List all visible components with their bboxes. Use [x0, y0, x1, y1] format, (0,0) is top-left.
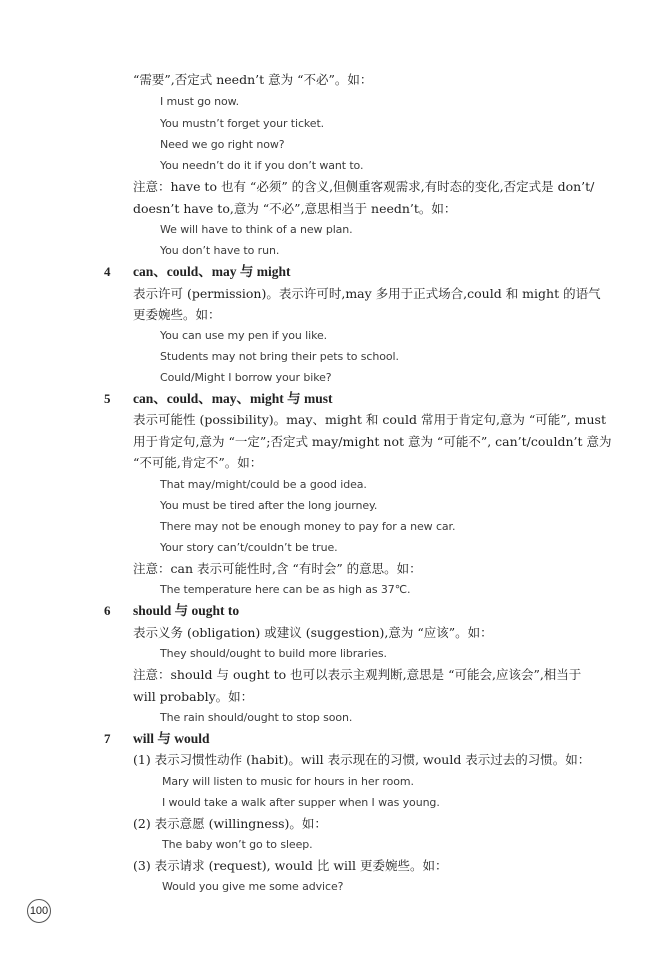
explanation-line: 表示可能性 (possibility)。may、might 和 could 常用…: [133, 412, 606, 428]
explanation-line: 注意：should 与 ought to 也可以表示主观判断,意思是 “可能会,…: [133, 667, 581, 683]
example-sentence: That may/might/could be a good idea.: [160, 477, 367, 493]
example-sentence: The rain should/ought to stop soon.: [160, 710, 352, 726]
explanation-line: 注意：can 表示可能性时,含 “有时会” 的意思。如：: [133, 561, 422, 577]
example-sentence: You mustn’t forget your ticket.: [160, 116, 324, 132]
section-number: 6: [104, 603, 111, 619]
example-sentence: The temperature here can be as high as 3…: [160, 582, 410, 598]
explanation-line: (1) 表示习惯性动作 (habit)。will 表示现在的习惯, would …: [133, 752, 590, 768]
example-sentence: You needn’t do it if you don’t want to.: [160, 158, 363, 174]
example-sentence: I must go now.: [160, 94, 239, 110]
textbook-page: “需要”,否定式 needn’t 意为 “不必”。如：I must go now…: [0, 0, 671, 957]
example-sentence: Could/Might I borrow your bike?: [160, 370, 331, 386]
explanation-line: 更委婉些。如：: [133, 307, 221, 323]
explanation-line: doesn’t have to,意为 “不必”,意思相当于 needn’t。如：: [133, 201, 456, 217]
section-heading: should 与 ought to: [133, 603, 239, 619]
section-number: 5: [104, 391, 111, 407]
explanation-line: “不可能,肯定不”。如：: [133, 455, 262, 471]
example-sentence: You don’t have to run.: [160, 243, 279, 259]
example-sentence: Your story can’t/couldn’t be true.: [160, 540, 338, 556]
example-sentence: Students may not bring their pets to sch…: [160, 349, 399, 365]
page-number-badge: 100: [27, 899, 51, 923]
explanation-line: 注意：have to 也有 “必须” 的含义,但侧重客观需求,有时态的变化,否定…: [133, 179, 594, 195]
example-sentence: They should/ought to build more librarie…: [160, 646, 387, 662]
section-heading: can、could、may 与 might: [133, 264, 291, 280]
explanation-line: 表示义务 (obligation) 或建议 (suggestion),意为 “应…: [133, 625, 493, 641]
section-heading: can、could、may、might 与 must: [133, 391, 333, 407]
explanation-line: (3) 表示请求 (request), would 比 will 更委婉些。如：: [133, 858, 448, 874]
example-sentence: You must be tired after the long journey…: [160, 498, 377, 514]
explanation-line: 用于肯定句,意为 “一定”;否定式 may/might not 意为 “可能不”…: [133, 434, 611, 450]
example-sentence: Mary will listen to music for hours in h…: [162, 774, 414, 790]
section-number: 4: [104, 264, 111, 280]
explanation-line: “需要”,否定式 needn’t 意为 “不必”。如：: [133, 72, 372, 88]
explanation-line: (2) 表示意愿 (willingness)。如：: [133, 816, 327, 832]
example-sentence: Need we go right now?: [160, 137, 285, 153]
explanation-line: 表示许可 (permission)。表示许可时,may 多用于正式场合,coul…: [133, 286, 601, 302]
example-sentence: We will have to think of a new plan.: [160, 222, 353, 238]
example-sentence: The baby won’t go to sleep.: [162, 837, 313, 853]
explanation-line: will probably。如：: [133, 689, 253, 705]
section-heading: will 与 would: [133, 731, 210, 747]
example-sentence: You can use my pen if you like.: [160, 328, 327, 344]
example-sentence: I would take a walk after supper when I …: [162, 795, 440, 811]
example-sentence: There may not be enough money to pay for…: [160, 519, 455, 535]
example-sentence: Would you give me some advice?: [162, 879, 343, 895]
section-number: 7: [104, 731, 111, 747]
